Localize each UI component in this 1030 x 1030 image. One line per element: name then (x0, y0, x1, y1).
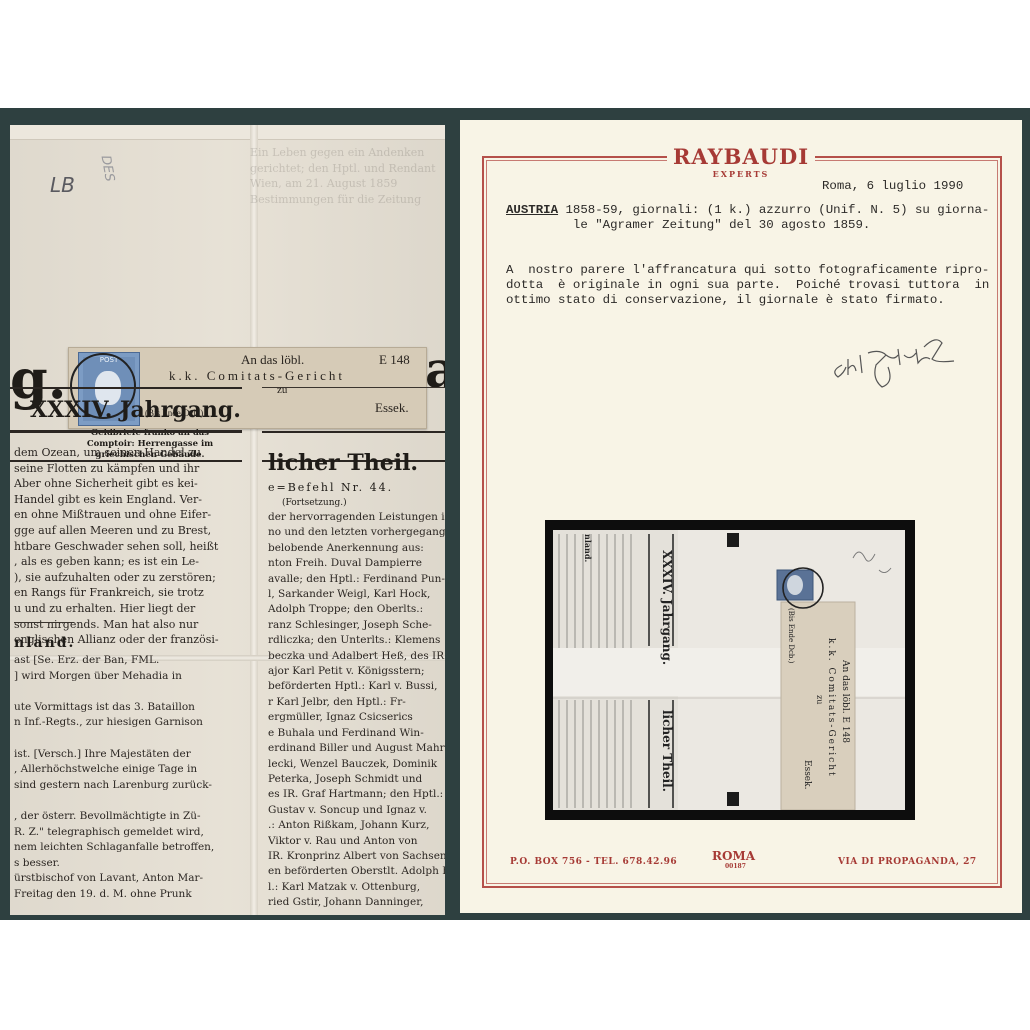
column-line: seine Flotten zu kämpfen und ihr (14, 461, 242, 477)
item-photograph: XXXIV. Jahrgang. licher Theil. nland. An… (545, 520, 915, 820)
column-line: ute Vormittags ist das 3. Bataillon (14, 700, 242, 716)
column-line: R. Z." telegraphisch gemeldet wird, (14, 825, 242, 841)
left-column-text: dem Ozean, um seinen Handel zuseine Flot… (14, 445, 242, 648)
address-line-1: An das löbl. (241, 352, 304, 368)
column-line: n Inf.-Regts., zur hiesigen Garnison (14, 715, 242, 731)
newspaper-scan: LB DES g. a Geldbriefe franko an das Com… (10, 125, 445, 915)
description-line-2: le "Agramer Zeitung" del 30 agosto 1859. (506, 217, 870, 233)
footer-postcode: 00187 (725, 863, 746, 870)
column-line: es IR. Graf Hartmann; den Hptl.: (268, 787, 445, 802)
svg-text:(Bis Ende Dcb.): (Bis Ende Dcb.) (787, 608, 795, 664)
column-line: u und zu erhalten. Hier liegt der (14, 601, 242, 617)
column-line: , Allerhöchstwelche einige Tage in (14, 762, 242, 778)
column-line: Handel gibt es kein England. Ver- (14, 492, 242, 508)
column-line (14, 684, 242, 700)
brand-name: RAYBAUDI (667, 144, 815, 169)
footer-contact: P.O. BOX 756 - TEL. 678.42.96 (510, 857, 677, 867)
rule (262, 431, 445, 433)
paper-top-edge (10, 125, 445, 140)
column-line: htbare Geschwader sehen soll, heißt (14, 539, 242, 555)
address-line-4: Essek. (375, 400, 409, 416)
footer-city: ROMA (712, 849, 755, 863)
column-line: nem leichten Schlaganfalle betroffen, (14, 840, 242, 856)
column-line: erdinand Biller und August Mahr; (268, 741, 445, 756)
column-line (14, 793, 242, 809)
pencil-note: LB (50, 173, 75, 197)
column-line: ajor Karl Petit v. Königsstern; (268, 664, 445, 679)
column-line: no und den letzten vorhergegangenen (268, 525, 445, 540)
signature-icon (824, 325, 964, 395)
column-line: ), sie aufzuhalten oder zu zerstören; (14, 570, 242, 586)
column-line: , der österr. Bevollmächtigte in Zü- (14, 809, 242, 825)
svg-text:An das löbl. E 148: An das löbl. E 148 (840, 659, 850, 743)
expert-certificate: RAYBAUDI EXPERTS Roma, 6 luglio 1990 AUS… (460, 120, 1022, 913)
decree-number: e=Befehl Nr. 44. (268, 481, 393, 494)
description-line-1: 1858-59, giornali: (1 k.) azzurro (Unif.… (558, 203, 989, 217)
column-line: ist. [Versch.] Ihre Majestäten der (14, 747, 242, 763)
svg-text:XXXIV. Jahrgang.: XXXIV. Jahrgang. (660, 550, 674, 665)
place-date: Roma, 6 luglio 1990 (822, 178, 963, 194)
footer-address: VIA DI PROPAGANDA, 27 (838, 857, 977, 867)
svg-text:k.k. Comitats-Gericht: k.k. Comitats-Gericht (826, 638, 836, 778)
right-column-text: der hervorragenden Leistungen in derno u… (268, 510, 445, 910)
column-line: gge auf allen Meeren und zu Brest, (14, 523, 242, 539)
column-line: , als es geben kann; es ist ein Le- (14, 554, 242, 570)
column-line: dem Ozean, um seinen Handel zu (14, 445, 242, 461)
column-line: belobende Anerkennung aus: (268, 541, 445, 556)
section-heading: licher Theil. (268, 450, 418, 476)
opinion-line-2: dotta è originale in ogni sua parte. Poi… (506, 277, 989, 293)
opinion-line-1: A nostro parere l'affrancatura qui sotto… (506, 262, 989, 278)
column-line: s besser. (14, 856, 242, 872)
column-line: l.: Karl Matzak v. Ottenburg, (268, 880, 445, 895)
column-line: ] wird Morgen über Mehadia in (14, 669, 242, 685)
svg-text:Essek.: Essek. (802, 760, 812, 790)
rule (262, 387, 445, 388)
column-line: Freitag den 19. d. M. ohne Prunk (14, 887, 242, 903)
rule (10, 387, 242, 389)
column-line: en ohne Mißtrauen und ohne Eifer- (14, 507, 242, 523)
column-line: nton Freih. Duval Dampierre (268, 556, 445, 571)
column-line: en beförderten Oberstlt. Adolph Freih. (268, 864, 445, 879)
column-line: en Rangs für Frankreich, sie trotz (14, 585, 242, 601)
column-line: en und hat bereits die bischöfliche Re- (14, 903, 242, 904)
column-line: ergmüller, Ignaz Csicserics (268, 710, 445, 725)
column-line: Peterka, Joseph Schmidt und (268, 772, 445, 787)
column-line: sonst nirgends. Man hat also nur (14, 617, 242, 633)
address-ref: E 148 (379, 352, 410, 368)
column-line: IR. Kronprinz Albert von Sachsen; (268, 849, 445, 864)
column-line: ranz Schlesinger, Joseph Sche- (268, 618, 445, 633)
column-line (14, 731, 242, 747)
rule (10, 431, 242, 433)
newspaper-photo-icon: XXXIV. Jahrgang. licher Theil. nland. An… (553, 530, 905, 810)
certificate-header: RAYBAUDI EXPERTS (460, 144, 1022, 179)
address-line-2: k.k. Comitats-Gericht (169, 368, 345, 384)
column-line: e Buhala und Ferdinand Win- (268, 726, 445, 741)
column-line: avalle; den Hptl.: Ferdinand Pun- (268, 572, 445, 587)
column-line: ried Gstir, Johann Danninger, (268, 895, 445, 910)
column-line: rdliczka; den Unterlts.: Klemens (268, 633, 445, 648)
column-line: ast [Se. Erz. der Ban, FML. (14, 653, 242, 669)
column-line: l, Sarkander Weigl, Karl Hock, (268, 587, 445, 602)
column-line: lecki, Wenzel Bauczek, Dominik (268, 757, 445, 772)
column-line: r Karl Jelbr, den Hptl.: Fr- (268, 695, 445, 710)
address-line-3: zu (277, 384, 287, 396)
opinion-line-3: ottimo stato di conservazione, il giorna… (506, 292, 945, 308)
rule (14, 622, 74, 623)
column-line: der hervorragenden Leistungen in der (268, 510, 445, 525)
svg-text:zu: zu (815, 695, 824, 704)
continuation-note: (Fortsetzung.) (282, 498, 347, 508)
column-line: beförderten Hptl.: Karl v. Bussi, (268, 679, 445, 694)
column-line: .: Anton Rißkam, Johann Kurz, (268, 818, 445, 833)
svg-text:licher Theil.: licher Theil. (660, 710, 674, 792)
pencil-note-faint: DES (98, 154, 117, 183)
column-line: Viktor v. Rau und Anton von (268, 834, 445, 849)
country-label: AUSTRIA (506, 203, 558, 217)
column-line: beczka und Adalbert Heß, des IR. (268, 649, 445, 664)
photo-content: XXXIV. Jahrgang. licher Theil. nland. An… (553, 530, 905, 810)
column-line: Gustav v. Soncup und Ignaz v. (268, 803, 445, 818)
column-line: ürstbischof von Lavant, Anton Mar- (14, 871, 242, 887)
column-line: sind gestern nach Larenburg zurück- (14, 778, 242, 794)
inland-heading: nland. (14, 635, 75, 651)
masthead-fragment-right: a (425, 340, 445, 399)
volume-heading: XXXIV. Jahrgang. (30, 397, 241, 423)
svg-text:nland.: nland. (583, 534, 593, 562)
column-line: Adolph Troppe; den Oberlts.: (268, 602, 445, 617)
stamp-description: AUSTRIA 1858-59, giornali: (1 k.) azzurr… (506, 202, 989, 218)
left-column-text-b: ast [Se. Erz. der Ban, FML.] wird Morgen… (14, 653, 242, 903)
column-line: Aber ohne Sicherheit gibt es kei- (14, 476, 242, 492)
